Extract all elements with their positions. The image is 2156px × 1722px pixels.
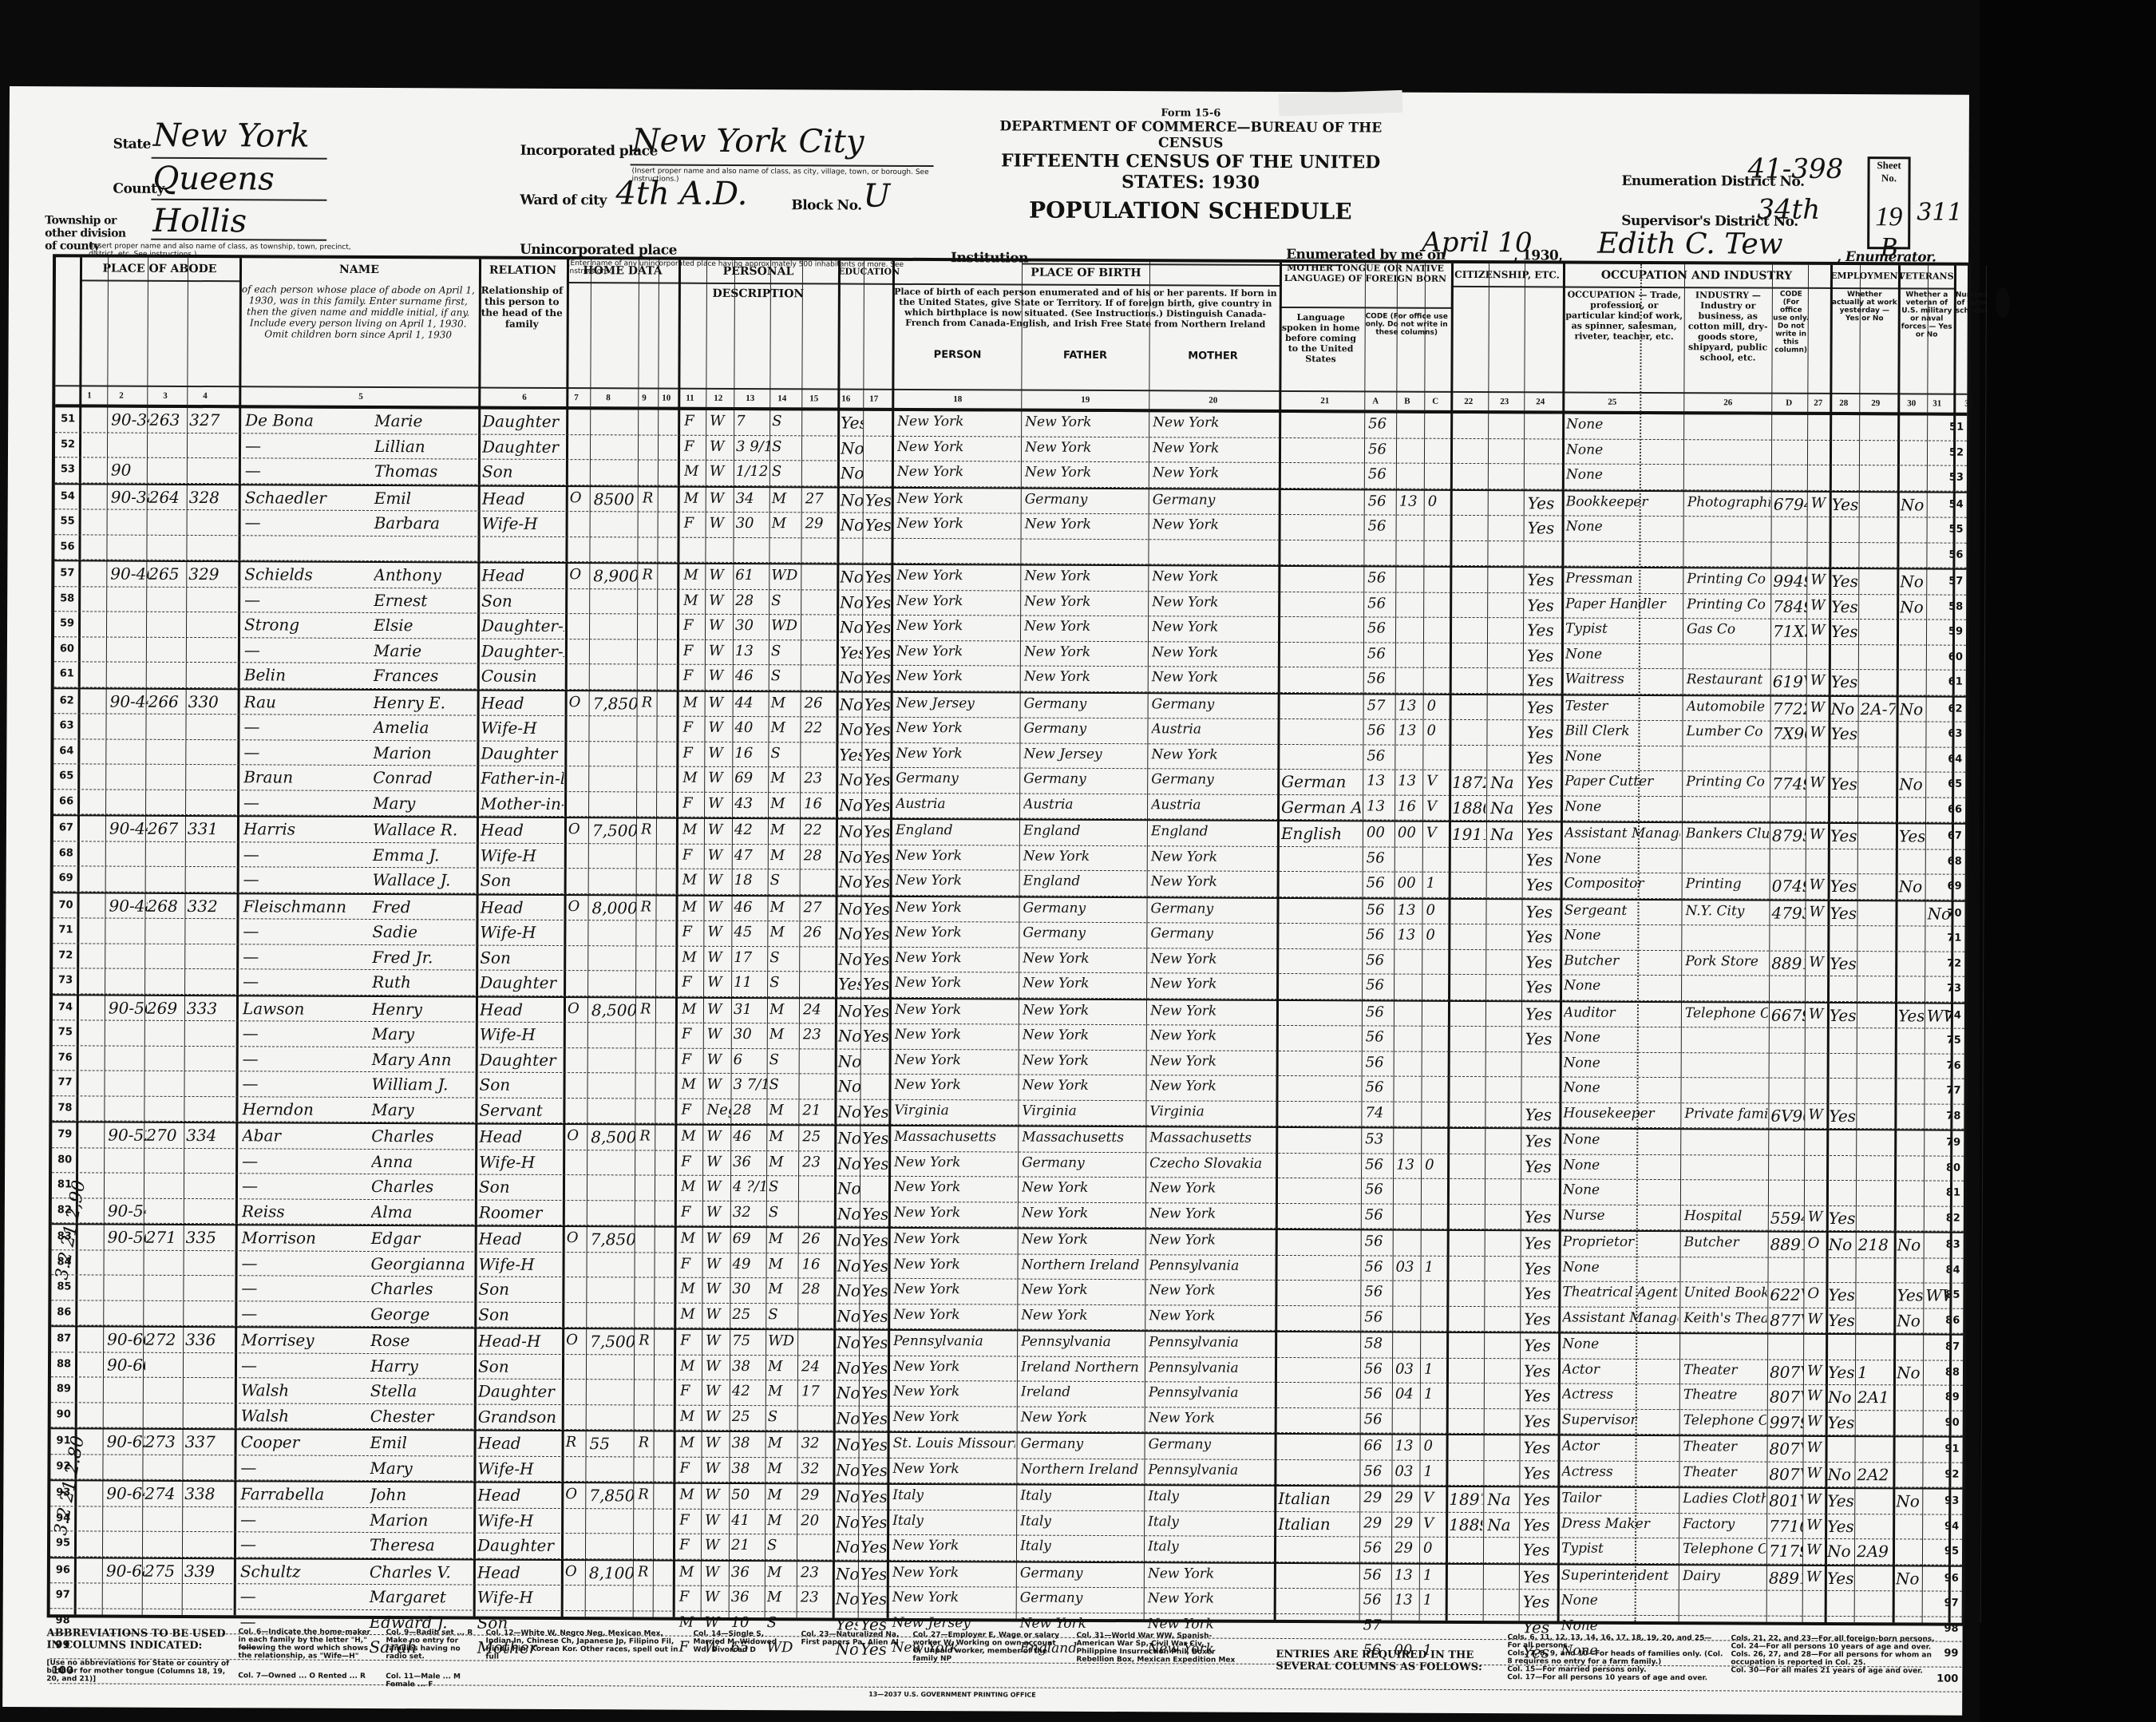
birthplace-mother: Virginia xyxy=(1149,1103,1274,1120)
birthplace-father: Massachusetts xyxy=(1022,1130,1144,1146)
col-farm-schedule-desc: Number of farm schedule xyxy=(1955,291,1988,387)
read-write: Yes xyxy=(862,1256,888,1275)
col-birth-desc: Place of birth of each person enumerated… xyxy=(894,287,1277,344)
attended-school: No xyxy=(836,1538,858,1557)
line-number-right: 69 xyxy=(1948,881,1962,893)
line-number: 90 xyxy=(53,1408,75,1420)
relation: Wife-H xyxy=(480,923,563,942)
birthplace-father: New York xyxy=(1021,1307,1143,1324)
relation: Father-in-law xyxy=(481,769,564,788)
line-number: 63 xyxy=(55,719,77,731)
required-note-1: Cols. 6, 11, 12, 13, 14, 16, 17, 18, 19,… xyxy=(1507,1633,1723,1650)
age: 6 xyxy=(734,1051,767,1067)
read-write: Yes xyxy=(861,1333,887,1352)
line-number-right: 68 xyxy=(1948,855,1962,867)
birthplace-mother: New York xyxy=(1151,849,1276,865)
line-number: 53 xyxy=(57,463,79,475)
family-number: 337 xyxy=(185,1432,233,1451)
line-number-right: 52 xyxy=(1949,446,1964,458)
attended-school: No xyxy=(840,618,862,637)
code-country: 29 xyxy=(1394,1490,1418,1506)
line-number-right: 86 xyxy=(1945,1314,1960,1326)
birthplace-person: New Jersey xyxy=(892,1614,1015,1631)
occupation: None xyxy=(1561,1617,1677,1634)
occupation: None xyxy=(1563,1132,1679,1149)
birthplace-person: Italy xyxy=(892,1487,1015,1504)
read-write: Yes xyxy=(864,668,890,687)
attended-school: No xyxy=(840,695,862,714)
surname: Farrabella xyxy=(240,1484,360,1504)
class-of-worker: W xyxy=(1807,1387,1825,1404)
class-of-worker: W xyxy=(1810,877,1827,893)
code-nativity: 0 xyxy=(1426,901,1446,918)
industry: Hospital xyxy=(1684,1208,1767,1224)
relation: Son xyxy=(478,1304,561,1324)
family-number: 333 xyxy=(187,998,235,1017)
birthplace-person: England xyxy=(896,822,1018,839)
home-value: 7,500 xyxy=(592,821,636,840)
marital-condition: S xyxy=(771,592,800,609)
veteran: No xyxy=(1900,572,1925,591)
read-write: Yes xyxy=(862,1154,888,1173)
col-at-work-desc: Whether actually at work yesterday — Yes… xyxy=(1831,291,1897,386)
line-number: 80 xyxy=(53,1154,76,1166)
year-immigration: 1880 xyxy=(1452,798,1485,817)
birthplace-mother: New York xyxy=(1149,1308,1273,1324)
occupation-code: 7749 xyxy=(1772,774,1806,794)
race: W xyxy=(708,872,732,889)
race: W xyxy=(710,515,734,532)
age-first-marriage: 24 xyxy=(803,1001,833,1018)
stamp-number: 311 xyxy=(1917,198,1962,226)
birthplace-mother: Pennsylvania xyxy=(1149,1334,1273,1351)
attended-school: No xyxy=(837,1358,859,1377)
occupation-code: 7722 xyxy=(1773,699,1806,718)
birthplace-person: St. Louis Missouri xyxy=(893,1435,1015,1452)
age: 36 xyxy=(733,1153,766,1170)
family-number: 338 xyxy=(184,1484,232,1503)
birthplace-mother: Germany xyxy=(1150,901,1275,917)
age-first-marriage: 26 xyxy=(803,924,833,940)
surname: — xyxy=(243,869,363,889)
state-value: New York xyxy=(153,117,310,155)
read-write: Yes xyxy=(863,949,888,968)
incorporated-value: New York City xyxy=(632,122,864,160)
marital-condition: M xyxy=(769,1154,797,1170)
code-state: 56 xyxy=(1367,645,1394,662)
occupation-code: 807V xyxy=(1770,1439,1803,1459)
race: W xyxy=(707,1051,731,1067)
code-state: 13 xyxy=(1367,772,1394,789)
birthplace-father: New York xyxy=(1023,848,1145,865)
age: 17 xyxy=(734,948,767,965)
age: 36 xyxy=(731,1563,765,1580)
sex: F xyxy=(684,437,705,454)
read-write: Yes xyxy=(861,1281,887,1300)
birthplace-father: Ireland Northern xyxy=(1021,1359,1143,1376)
house-number: 90-60 xyxy=(107,1355,145,1374)
attended-school: No xyxy=(840,568,862,587)
code-state: 74 xyxy=(1365,1104,1392,1121)
age-first-marriage: 27 xyxy=(803,899,833,916)
occupation: None xyxy=(1562,1336,1678,1353)
unemployment-line: 2A1 xyxy=(1857,1387,1893,1407)
age: 75 xyxy=(732,1332,765,1349)
attended-school: No xyxy=(837,1306,859,1325)
sd-value: 34th xyxy=(1757,194,1820,226)
marital-condition: M xyxy=(767,1589,796,1605)
veteran: No xyxy=(1897,1311,1922,1330)
required-note-7: Cols. 26, 27, and 28—For all persons for… xyxy=(1731,1650,1954,1667)
occupation-code: 9949 xyxy=(1773,572,1806,591)
birthplace-mother: New York xyxy=(1149,1205,1274,1222)
home-owned-rented: O xyxy=(568,1000,587,1017)
birthplace-mother: New York xyxy=(1149,1180,1274,1197)
age-first-marriage: 23 xyxy=(803,1026,833,1043)
birthplace-person: New York xyxy=(892,1460,1015,1477)
birthplace-person: Germany xyxy=(896,770,1018,787)
form-title-block: Form 15-6 DEPARTMENT OF COMMERCE—BUREAU … xyxy=(999,106,1383,224)
birthplace-person: Massachusetts xyxy=(894,1129,1016,1146)
township-value: Hollis xyxy=(152,203,247,240)
birthplace-father: New York xyxy=(1022,1205,1144,1221)
occupation: None xyxy=(1566,417,1682,433)
dwelling-number: 266 xyxy=(148,691,185,711)
birthplace-person: New York xyxy=(896,592,1019,609)
sex: F xyxy=(684,515,705,532)
given-name: Ernest xyxy=(374,590,476,610)
speaks-english: Yes xyxy=(1527,698,1561,717)
code-country: 13 xyxy=(1394,1566,1418,1583)
code-nativity: 0 xyxy=(1425,1156,1446,1173)
surname: Belin xyxy=(244,665,364,685)
house-number: 90-34 xyxy=(111,410,149,430)
dwelling-number: 274 xyxy=(144,1484,181,1503)
line-number: 74 xyxy=(54,1001,77,1013)
age: 1/12 xyxy=(736,463,769,480)
occupation: Nurse xyxy=(1563,1207,1679,1224)
attended-school: No xyxy=(841,438,863,457)
industry: Printing Co xyxy=(1687,571,1770,587)
attended-school: No xyxy=(838,1051,860,1071)
sheet-label: Sheet No. xyxy=(1869,159,1908,184)
race: W xyxy=(709,592,733,608)
sex: M xyxy=(679,1563,700,1580)
attended-school: No xyxy=(838,1001,860,1020)
age: 34 xyxy=(736,489,769,506)
radio-set: R xyxy=(640,1000,655,1017)
birthplace-father: New York xyxy=(1023,1002,1145,1019)
class-of-worker: W xyxy=(1810,826,1827,843)
home-value: 8,100 xyxy=(589,1563,633,1582)
read-write: Yes xyxy=(865,490,891,509)
surname: Walsh xyxy=(241,1406,361,1426)
home-owned-rented: R xyxy=(566,1434,585,1451)
at-work: No xyxy=(1829,1235,1856,1254)
line-number-right: 61 xyxy=(1948,676,1963,688)
line-number: 98 xyxy=(52,1614,74,1626)
birthplace-person: New York xyxy=(895,975,1017,992)
industry: Ladies Clothing xyxy=(1683,1490,1766,1506)
family-number: 329 xyxy=(188,564,236,584)
given-name: Anthony xyxy=(374,565,476,585)
occupation: None xyxy=(1566,441,1682,458)
at-work: No xyxy=(1827,1542,1854,1561)
birthplace-mother: Massachusetts xyxy=(1149,1130,1274,1146)
occupation: None xyxy=(1564,1030,1679,1047)
birthplace-mother: Austria xyxy=(1151,721,1276,738)
occupation: Typist xyxy=(1565,621,1681,638)
line-number: 68 xyxy=(55,847,77,859)
surname: — xyxy=(243,845,363,865)
attended-school: No xyxy=(839,795,861,814)
given-name: Conrad xyxy=(373,768,475,788)
code-country: 29 xyxy=(1394,1540,1418,1557)
sex: F xyxy=(679,1459,700,1476)
line-number-right: 98 xyxy=(1944,1622,1958,1634)
relation: Cousin xyxy=(481,667,564,686)
birthplace-person: New York xyxy=(892,1538,1015,1554)
family-number: 339 xyxy=(184,1561,232,1580)
line-number-right: 74 xyxy=(1947,1009,1961,1021)
code-country: 03 xyxy=(1394,1463,1418,1479)
given-name: Mary Ann xyxy=(372,1049,474,1069)
dwelling-number: 268 xyxy=(147,896,184,915)
line-number-right: 57 xyxy=(1948,576,1963,588)
line-number: 66 xyxy=(55,795,77,807)
surname: Walsh xyxy=(241,1380,361,1400)
age: 11 xyxy=(734,974,767,991)
marital-condition: M xyxy=(767,1460,796,1477)
family-number: 328 xyxy=(189,487,237,506)
race: W xyxy=(710,437,734,454)
class-of-worker: W xyxy=(1810,724,1827,741)
industry: Bankers Club xyxy=(1686,825,1769,841)
sex: M xyxy=(680,1407,701,1424)
sheet-number-box: Sheet No. 19 B xyxy=(1867,156,1911,249)
house-number: 90-54 xyxy=(108,1201,146,1220)
class-of-worker: W xyxy=(1806,1464,1824,1481)
birthplace-father xyxy=(1025,541,1147,542)
race: W xyxy=(707,974,731,991)
age: 13 xyxy=(735,642,769,659)
relation: Daughter xyxy=(482,437,565,456)
industry: Dairy xyxy=(1683,1568,1766,1584)
given-name: Henry E. xyxy=(374,692,476,712)
house-number: 90-50 xyxy=(109,998,147,1017)
age: 69 xyxy=(734,770,768,786)
birthplace-mother: Pennsylvania xyxy=(1149,1360,1273,1376)
class-of-worker: W xyxy=(1809,903,1826,920)
relation: Daughter xyxy=(477,1536,560,1555)
surname: — xyxy=(245,513,365,532)
attended-school: No xyxy=(837,1256,860,1275)
line-number-right: 53 xyxy=(1949,472,1964,484)
line-number-right: 55 xyxy=(1948,524,1963,536)
age-first-marriage: 22 xyxy=(804,821,834,838)
industry: Telephone Co xyxy=(1685,1005,1768,1021)
age-first-marriage: 23 xyxy=(804,770,834,786)
radio-set: R xyxy=(639,1332,653,1348)
relation: Head xyxy=(481,821,564,840)
attended-school: No xyxy=(837,1077,860,1096)
given-name: Fred Jr. xyxy=(372,947,474,967)
home-owned-rented: O xyxy=(568,898,587,915)
read-write: Yes xyxy=(863,899,888,918)
marital-condition: M xyxy=(769,1128,797,1145)
birthplace-person: New York xyxy=(897,438,1019,455)
birthplace-person: New York xyxy=(896,643,1019,659)
block-label: Block No. xyxy=(791,197,861,213)
given-name: Chester xyxy=(370,1406,473,1426)
attended-school: No xyxy=(841,490,863,509)
code-state: 56 xyxy=(1367,595,1394,612)
speaks-english: Yes xyxy=(1525,1259,1558,1278)
marital-condition: S xyxy=(772,438,801,455)
given-name: Elsie xyxy=(374,616,476,635)
sex: M xyxy=(680,1357,701,1374)
read-write: Yes xyxy=(861,1408,887,1427)
race: W xyxy=(709,667,733,684)
age: 38 xyxy=(732,1435,765,1451)
code-state: 56 xyxy=(1363,1463,1391,1479)
age: 25 xyxy=(732,1305,765,1322)
read-write: Yes xyxy=(860,1589,886,1609)
industry: Telephone Co xyxy=(1683,1541,1766,1557)
age: 41 xyxy=(731,1511,765,1528)
occupation: Compositor xyxy=(1565,876,1680,893)
race: W xyxy=(706,1383,730,1399)
unemployment-line: 2A-7 xyxy=(1861,699,1896,718)
sex: M xyxy=(682,948,702,965)
race: W xyxy=(706,1203,730,1220)
code-state: 57 xyxy=(1367,697,1394,714)
group-name: NAME xyxy=(239,258,481,281)
marital-condition: S xyxy=(768,1408,797,1425)
birthplace-father: New York xyxy=(1023,1052,1145,1069)
home-value: 7,500 xyxy=(590,1332,634,1351)
relation: Grandson xyxy=(478,1407,561,1426)
code-state: 66 xyxy=(1364,1437,1391,1454)
col12-note: Col. 12—White W, Negro Neg, Mexican Mex,… xyxy=(485,1629,685,1662)
given-name: Mary xyxy=(372,1024,474,1044)
code-nativity: 1 xyxy=(1424,1386,1445,1403)
sex: M xyxy=(682,770,703,786)
col7-note: Col. 7—Owned ... O Rented ... R xyxy=(238,1672,374,1680)
marital-condition: WD xyxy=(768,1332,797,1349)
group-citizenship: CITIZENSHIP, ETC. xyxy=(1451,263,1565,288)
read-write: Yes xyxy=(864,822,889,841)
line-number-right: 77 xyxy=(1946,1085,1960,1097)
code-state: 56 xyxy=(1367,874,1394,891)
code-state: 53 xyxy=(1365,1130,1392,1147)
line-number: 95 xyxy=(52,1537,74,1549)
attended-school: No xyxy=(837,1281,859,1300)
col6-note: Col. 6—Indicate the home-maker in each f… xyxy=(238,1628,374,1661)
radio-set: R xyxy=(642,694,656,711)
surname xyxy=(245,538,365,539)
code-state: 56 xyxy=(1366,901,1393,918)
sex: M xyxy=(684,489,705,506)
code-state: 56 xyxy=(1367,722,1394,738)
given-name xyxy=(374,538,477,539)
surname: Schultz xyxy=(240,1562,360,1581)
speaks-english: Yes xyxy=(1524,1361,1557,1380)
surname: Schields xyxy=(244,564,364,584)
occupation-code: 807V xyxy=(1770,1362,1803,1381)
given-name: Ruth xyxy=(372,972,474,992)
birthplace-mother: New York xyxy=(1153,517,1277,533)
surname: — xyxy=(243,717,363,737)
marital-condition: S xyxy=(769,1178,797,1195)
class-of-worker: W xyxy=(1808,1208,1826,1225)
form-footer: ABBREVIATIONS TO BE USED IN COLUMNS INDI… xyxy=(46,1627,1958,1707)
naturalization: Na xyxy=(1487,1490,1517,1509)
age: 47 xyxy=(734,846,768,863)
surname: — xyxy=(243,1049,362,1069)
surname: — xyxy=(241,1356,361,1376)
marital-condition: M xyxy=(770,719,799,736)
given-name: Anna xyxy=(371,1151,473,1171)
line-number: 69 xyxy=(55,872,77,884)
birthplace-person: Austria xyxy=(896,795,1018,812)
surname: — xyxy=(243,793,363,813)
relation: Son xyxy=(479,1178,562,1197)
col-occupation-desc: OCCUPATION — Trade, profession, or parti… xyxy=(1564,290,1684,386)
age-first-marriage: 16 xyxy=(802,1256,833,1273)
occupation: Sergeant xyxy=(1564,902,1679,919)
line-number-right: 89 xyxy=(1945,1391,1960,1403)
relation: Wife-H xyxy=(477,1588,560,1607)
occupation: Tailor xyxy=(1561,1490,1677,1507)
read-write: Yes xyxy=(863,1027,888,1046)
birthplace-person: Italy xyxy=(892,1512,1015,1529)
speaks-english: Yes xyxy=(1525,1029,1559,1048)
code-state: 56 xyxy=(1367,747,1394,764)
occupation-code: 6V96 xyxy=(1770,1106,1804,1125)
age-first-marriage: 27 xyxy=(805,490,836,507)
occupation: None xyxy=(1565,646,1681,663)
birthplace-mother: Pennsylvania xyxy=(1149,1257,1274,1274)
surname: Braun xyxy=(243,767,363,787)
code-state: 56 xyxy=(1365,1079,1392,1095)
industry: Gas Co xyxy=(1687,621,1770,637)
at-work: Yes xyxy=(1828,1310,1855,1329)
read-write: Yes xyxy=(860,1512,886,1531)
given-name: Charles xyxy=(371,1126,473,1146)
department: DEPARTMENT OF COMMERCE—BUREAU OF THE CEN… xyxy=(999,118,1383,152)
line-number: 60 xyxy=(56,643,78,655)
industry: Theatre xyxy=(1683,1387,1766,1403)
class-of-worker: W xyxy=(1810,572,1828,588)
speaks-english: Yes xyxy=(1524,1411,1557,1431)
industry: Restaurant xyxy=(1687,671,1770,687)
at-work: Yes xyxy=(1831,572,1858,591)
line-number-right: 79 xyxy=(1946,1137,1960,1149)
read-write: Yes xyxy=(860,1460,886,1479)
marital-condition: M xyxy=(768,1383,797,1399)
block-value: U xyxy=(863,178,890,215)
birthplace-father: Germany xyxy=(1022,1154,1144,1171)
race: W xyxy=(709,617,733,634)
speaks-english: Yes xyxy=(1527,596,1561,615)
relation: Wife-H xyxy=(479,1152,562,1171)
attended-school: No xyxy=(840,592,862,612)
surname: Harris xyxy=(243,819,363,839)
sex: M xyxy=(681,1230,702,1247)
age-first-marriage: 29 xyxy=(805,515,836,532)
home-owned-rented: O xyxy=(566,1332,585,1348)
